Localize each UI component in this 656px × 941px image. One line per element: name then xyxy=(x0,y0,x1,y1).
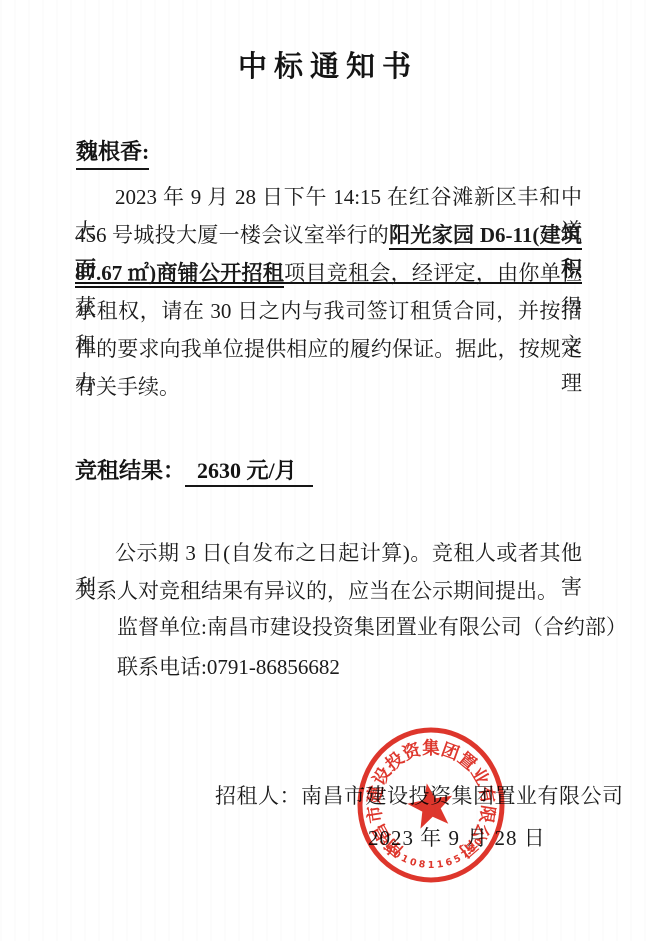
company-seal: 南昌市建设投资集团置业有限公司 3601081165780 xyxy=(346,720,516,890)
body-line-1: 2023 年 9 月 28 日下午 14:15 在红谷滩新区丰和中大道 xyxy=(75,180,582,218)
svg-text:市: 市 xyxy=(363,803,386,824)
body-line-2-normal: 456 号城投大厦一楼会议室举行的 xyxy=(75,223,389,247)
supervisor-line: 监督单位:南昌市建设投资集团置业有限公司（合约部） xyxy=(117,612,627,642)
seal-star-icon xyxy=(407,783,452,828)
body-line-5: 件的要求向我单位提供相应的履约保证。据此，按规定办理 xyxy=(75,332,582,370)
notice-line-1: 公示期 3 日(自发布之日起计算)。竞租人或者其他利害 xyxy=(75,536,582,574)
contact-phone-line: 联系电话:0791-86856682 xyxy=(117,652,340,682)
project-name-part-2: 87.67 ㎡)商铺公开招租 xyxy=(75,261,284,288)
svg-text:8: 8 xyxy=(418,859,427,871)
body-line-4: 承租权，请在 30 日之内与我司签订租赁合同，并按招租文 xyxy=(75,294,582,332)
body-line-2: 456 号城投大厦一楼会议室举行的阳光家园 D6-11(建筑面积 xyxy=(75,218,582,256)
svg-text:0: 0 xyxy=(408,857,418,870)
body-line-3: 87.67 ㎡)商铺公开招租项目竞租会，经评定，由你单位获得 xyxy=(75,256,582,294)
svg-text:1: 1 xyxy=(428,860,435,871)
document-title: 中标通知书 xyxy=(0,44,656,85)
svg-text:有: 有 xyxy=(476,784,499,805)
bid-result-value: 2630 元/月 xyxy=(185,458,313,487)
bid-result-line: 竞租结果：2630 元/月 xyxy=(75,454,313,485)
svg-text:1: 1 xyxy=(436,859,444,871)
publicity-paragraph: 公示期 3 日(自发布之日起计算)。竞租人或者其他利害 关系人对竞租结果有异议的… xyxy=(75,536,582,612)
addressee-name: 魏根香: xyxy=(76,135,149,170)
svg-text:集: 集 xyxy=(422,738,440,758)
bid-result-label: 竞租结果： xyxy=(75,458,185,483)
scanned-notice-page: 中标通知书 魏根香: 2023 年 9 月 28 日下午 14:15 在红谷滩新… xyxy=(0,0,656,941)
notice-line-2: 关系人对竞租结果有异议的，应当在公示期间提出。 xyxy=(75,574,582,612)
main-paragraph: 2023 年 9 月 28 日下午 14:15 在红谷滩新区丰和中大道 456 … xyxy=(75,180,582,408)
